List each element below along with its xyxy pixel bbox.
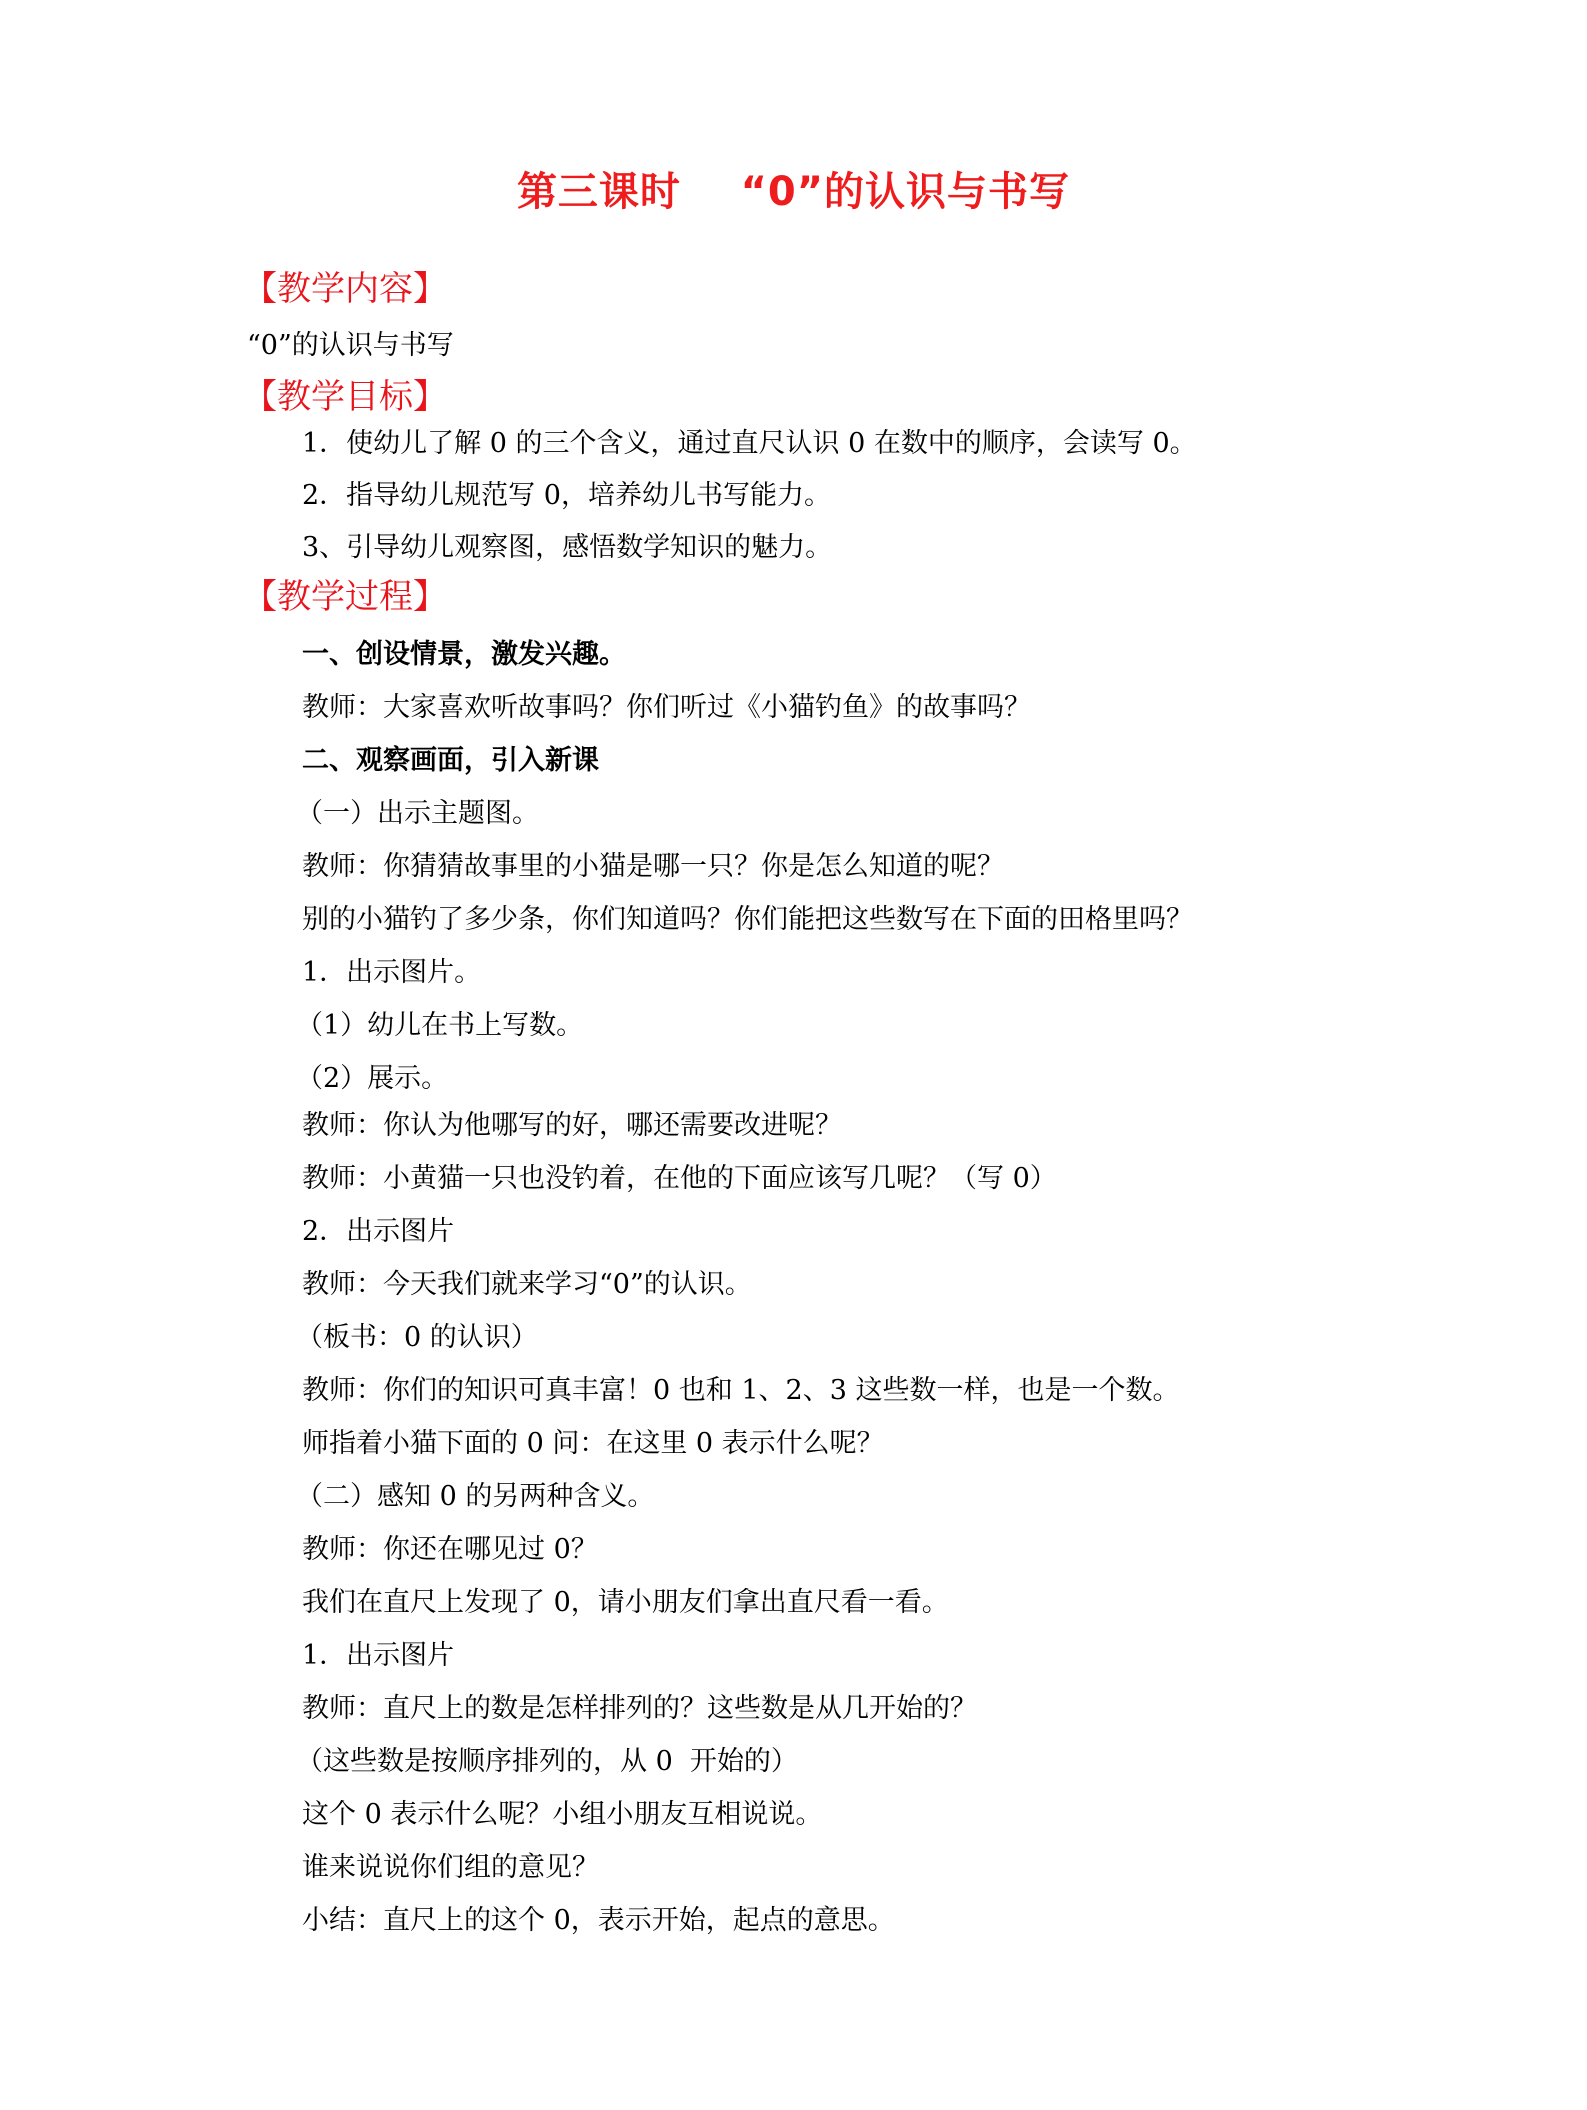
process-line: 小结：直尺上的这个 0，表示开始，起点的意思。 — [302, 1903, 895, 1939]
section-heading-process: 【教学过程】 — [243, 576, 447, 618]
process-line: （1）幼儿在书上写数。 — [296, 1008, 583, 1044]
process-line: 教师：你认为他哪写的好，哪还需要改进呢？ — [302, 1108, 842, 1144]
process-line: （板书：0 的认识） — [296, 1320, 538, 1356]
goal-item: 1．使幼儿了解 0 的三个含义，通过直尺认识 0 在数中的顺序，会读写 0。 — [302, 426, 1197, 462]
process-line: 师指着小猫下面的 0 问：在这里 0 表示什么呢？ — [302, 1426, 884, 1462]
process-line: 这个 0 表示什么呢？小组小朋友互相说说。 — [302, 1797, 822, 1833]
process-line: 1．出示图片。 — [302, 955, 481, 991]
process-line: 教师：你们的知识可真丰富！0 也和 1、2、3 这些数一样，也是一个数。 — [302, 1373, 1179, 1409]
process-line: （一）出示主题图。 — [296, 796, 539, 832]
page-title: 第三课时 “0”的认识与书写 — [0, 160, 1587, 217]
process-line: 我们在直尺上发现了 0，请小朋友们拿出直尺看一看。 — [302, 1585, 949, 1621]
section-heading-content: 【教学内容】 — [243, 268, 447, 310]
process-subheading: 一、创设情景，激发兴趣。 — [302, 637, 626, 673]
process-subheading: 二、观察画面，引入新课 — [302, 743, 599, 779]
process-line: 别的小猫钓了多少条，你们知道吗？你们能把这些数写在下面的田格里吗？ — [302, 902, 1193, 938]
process-line: 教师：今天我们就来学习“0”的认识。 — [302, 1267, 752, 1303]
process-line: （二）感知 0 的另两种含义。 — [296, 1479, 654, 1515]
goal-item: 3、引导幼儿观察图，感悟数学知识的魅力。 — [302, 530, 832, 566]
process-line: 教师：你猜猜故事里的小猫是哪一只？你是怎么知道的呢？ — [302, 849, 1004, 885]
process-line: （这些数是按顺序排列的，从 0 开始的） — [296, 1744, 798, 1780]
process-line: 1．出示图片 — [302, 1638, 454, 1674]
process-line: （2）展示。 — [296, 1061, 448, 1097]
process-line: 教师：你还在哪见过 0？ — [302, 1532, 598, 1568]
process-line: 教师：小黄猫一只也没钓着，在他的下面应该写几呢？（写 0） — [302, 1161, 1057, 1197]
process-line: 教师：大家喜欢听故事吗？你们听过《小猫钓鱼》的故事吗？ — [302, 690, 1031, 726]
goal-item: 2．指导幼儿规范写 0，培养幼儿书写能力。 — [302, 478, 831, 514]
process-line: 2．出示图片 — [302, 1214, 454, 1250]
content-text: “0”的认识与书写 — [247, 328, 454, 364]
document-page: 第三课时 “0”的认识与书写 【教学内容】 “0”的认识与书写 【教学目标】 1… — [0, 0, 1587, 2110]
process-line: 谁来说说你们组的意见？ — [302, 1850, 599, 1886]
section-heading-goals: 【教学目标】 — [243, 376, 447, 418]
process-line: 教师：直尺上的数是怎样排列的？这些数是从几开始的？ — [302, 1691, 977, 1727]
